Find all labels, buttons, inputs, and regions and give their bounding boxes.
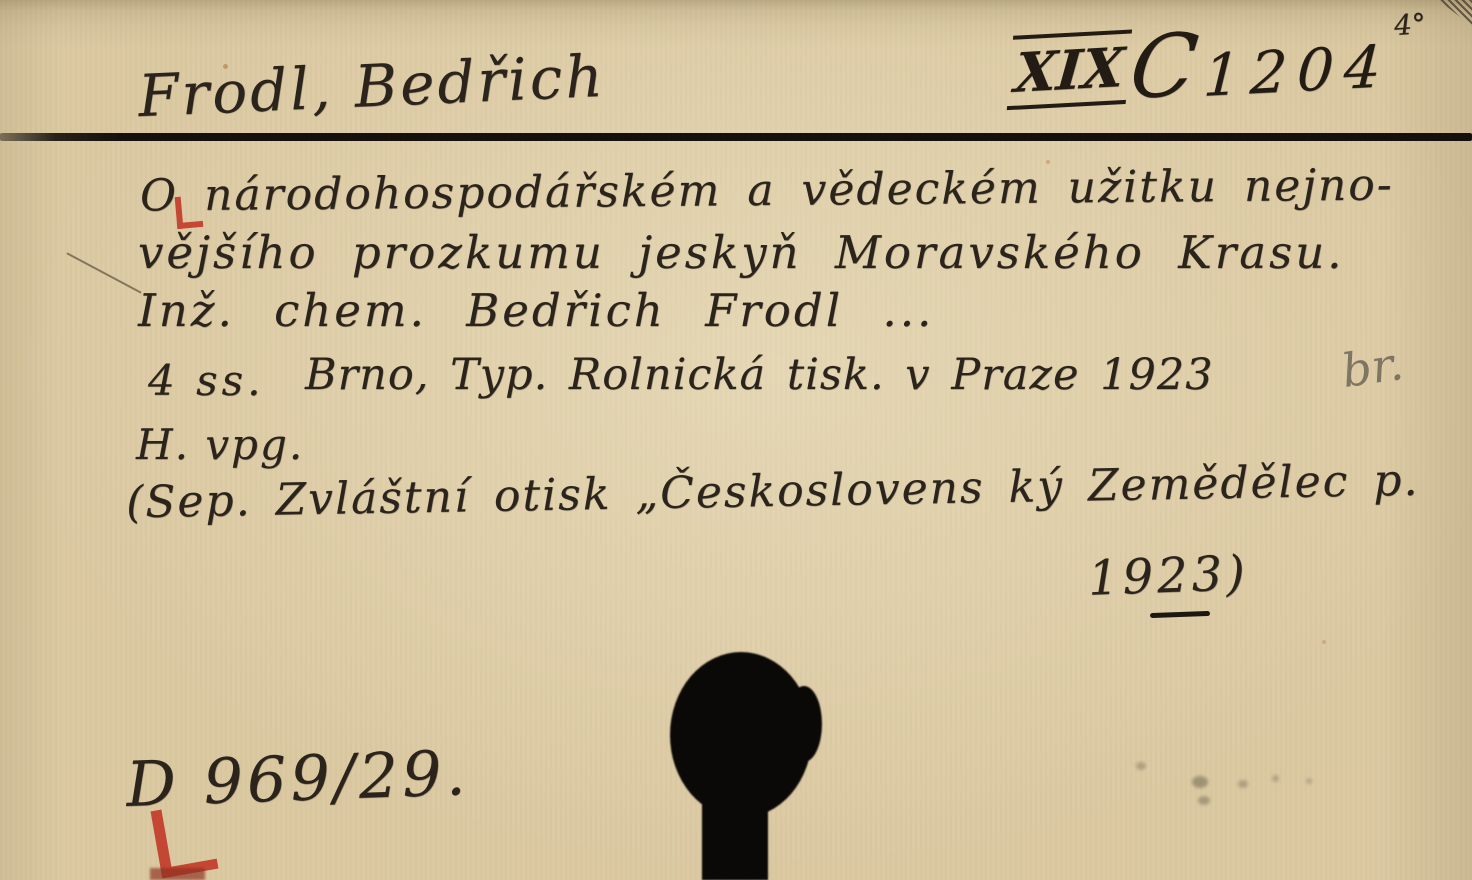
- red-check-mark-accession: [151, 802, 219, 879]
- red-smudge: [150, 868, 205, 880]
- paper-scratch: [66, 252, 141, 293]
- title-line-2: vějšího prozkumu jeskyň Moravského Krasu…: [138, 226, 1345, 279]
- call-number-letter: C: [1127, 30, 1201, 104]
- paper-speckle: [1046, 160, 1050, 164]
- punch-hole-notch: [786, 686, 822, 762]
- year-underline: [1150, 611, 1210, 618]
- paper-speckle: [223, 64, 228, 69]
- pencil-smudge: [1198, 796, 1210, 805]
- title-line-1: O národohospodářském a vědeckém užitku n…: [140, 160, 1394, 222]
- format-mark: 4°: [1393, 7, 1427, 42]
- author-heading: Frodl, Bedřich: [137, 42, 607, 130]
- punch-hole-stem: [702, 798, 768, 880]
- call-number-roman: XIX: [1007, 30, 1132, 111]
- pencil-smudge: [1136, 762, 1146, 770]
- corner-shadow: [1438, 0, 1472, 26]
- pencil-smudge: [1192, 776, 1208, 788]
- call-number: XIXC1204: [1008, 16, 1392, 120]
- binding-note: H. vpg.: [136, 420, 304, 469]
- paper-speckle: [1322, 640, 1326, 644]
- imprint-line: Brno, Typ. Rolnická tisk. v Praze 1923: [305, 350, 1214, 400]
- red-check-mark-title: [175, 195, 204, 229]
- catalog-card: Frodl, Bedřich XIXC1204 4° O národohospo…: [0, 0, 1472, 880]
- author-statement-line: Inž. chem. Bedřich Frodl ...: [138, 284, 934, 337]
- series-note-line: (Sep. Zvláštní otisk „Českoslovens ký Ze…: [126, 455, 1420, 529]
- series-note-year: 1923): [1087, 545, 1250, 607]
- extent-note: 4 ss.: [148, 356, 265, 405]
- pencil-annotation: br.: [1339, 336, 1407, 398]
- pencil-smudge: [1306, 778, 1312, 784]
- pencil-smudge: [1272, 775, 1279, 782]
- call-number-digits: 1204: [1202, 32, 1393, 110]
- pencil-smudge: [1238, 780, 1248, 788]
- paper-speckle: [986, 248, 990, 252]
- header-rule: [0, 133, 1472, 141]
